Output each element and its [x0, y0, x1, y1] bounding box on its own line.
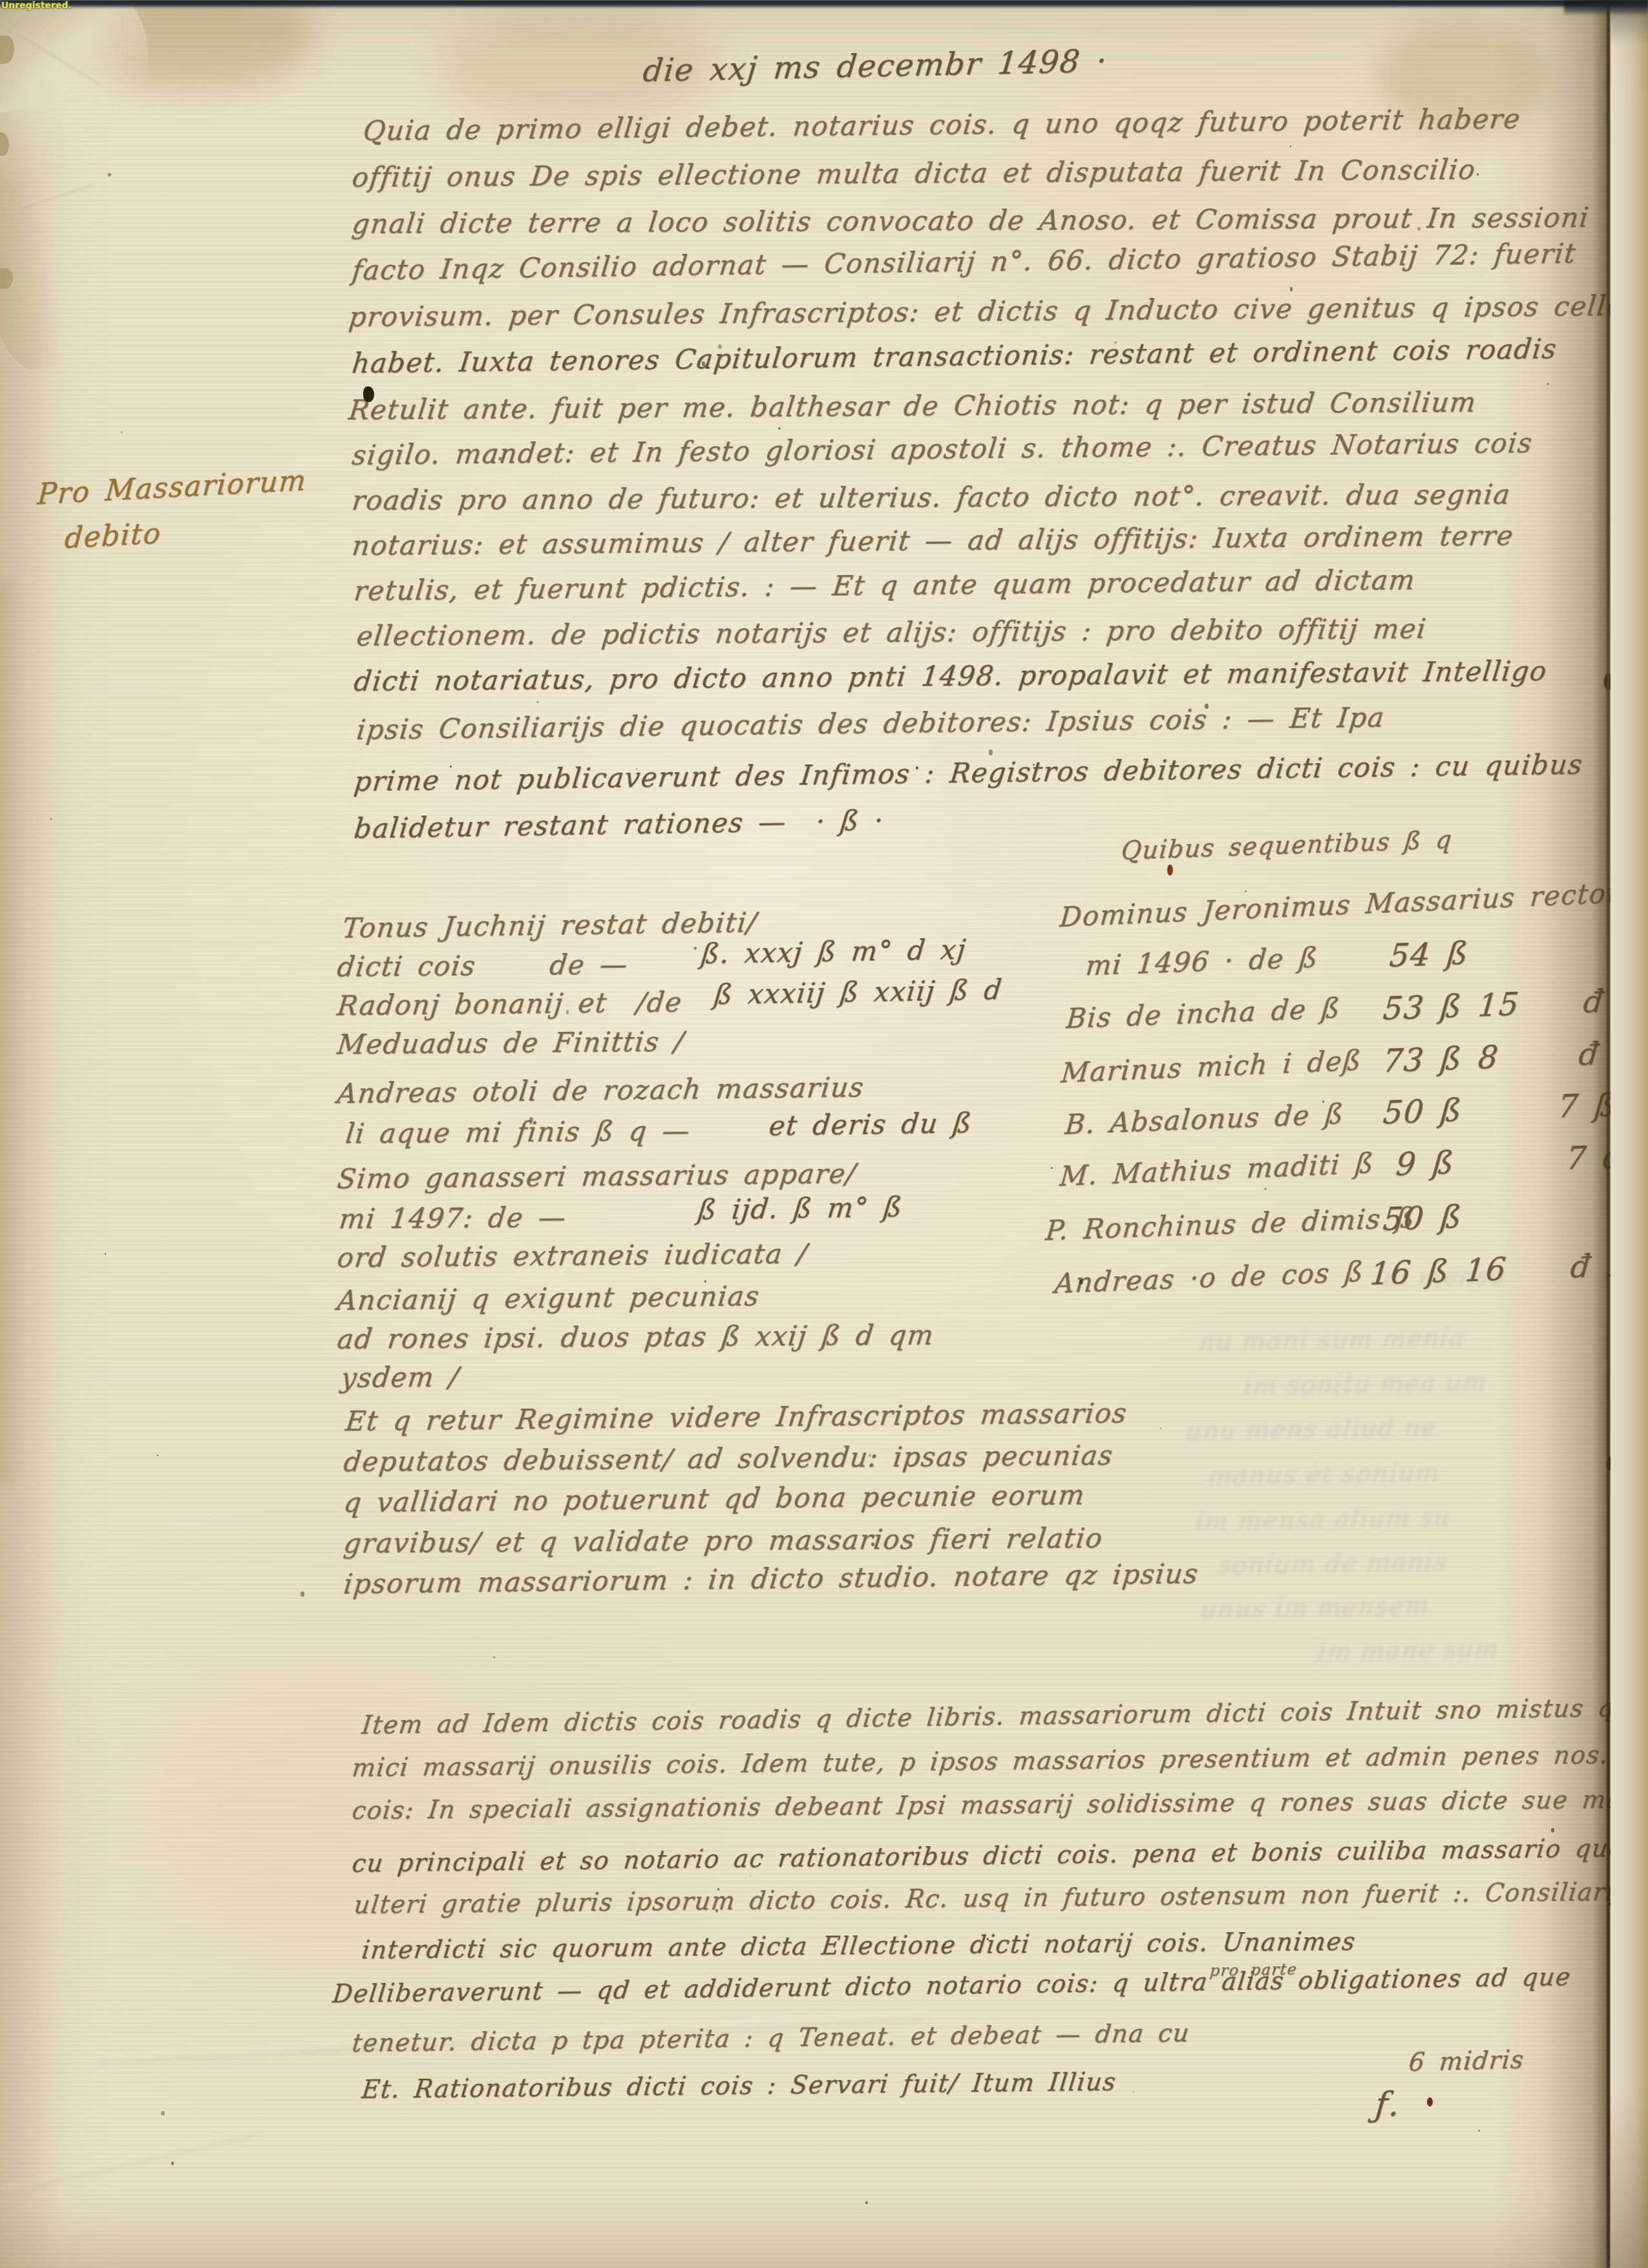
paper-speck [121, 431, 123, 434]
paper-speck [1133, 2092, 1134, 2093]
bottom-paragraph-line: Delliberaverunt — qd et addiderunt dicto… [332, 1962, 1573, 2008]
debtor-right-column-line: Andreas ·o de cos ß [1053, 1256, 1365, 1300]
paper-speck [498, 457, 502, 461]
second-paragraph-line: Et q retur Regimine videre Infrascriptos… [344, 1397, 1129, 1437]
main-paragraph-line: Quia de primo elligi debet. notarius coi… [361, 103, 1522, 147]
scanner-watermark: Unregistered. [1, 1, 72, 11]
paper-speck [536, 701, 539, 703]
paper-speck [865, 675, 867, 677]
paper-speck [865, 2201, 868, 2204]
paper-speck [1079, 1279, 1083, 1285]
show-through-line: sonium de manis [1217, 1548, 1449, 1580]
bottom-paragraph-line: cu principali et so notario ac rationato… [351, 1832, 1648, 1878]
ink-blot [1167, 865, 1173, 876]
paper-speck [1264, 1188, 1267, 1190]
next-page-edge [1611, 0, 1648, 2268]
show-through-line: im mensa alium su [1194, 1504, 1452, 1537]
paper-speck [916, 766, 918, 770]
paper-crease [0, 2130, 256, 2198]
debtor-left-column-line: Radonj bonanij et /de [335, 986, 684, 1022]
debtor-left-column-line: ord solutis extraneis iudicata / [335, 1238, 809, 1274]
debtor-left-column-line: li aque mi finis ß q — [344, 1115, 692, 1150]
second-paragraph-line: q vallidari no potuerunt qd bona pecunie… [342, 1479, 1086, 1518]
paper-speck [1114, 341, 1117, 344]
second-paragraph-line: gravibus/ et q validate pro massarios fi… [342, 1522, 1104, 1559]
debtor-right-column-line: Bis de incha de ß [1065, 992, 1342, 1034]
show-through-line: nu mani sum menia [1198, 1323, 1466, 1356]
debtor-left-column-line: ß xxxiij ß xxiij ß d [712, 974, 1004, 1011]
paper-speck [987, 1938, 989, 1940]
main-paragraph-line: ellectionem. de pdictis notarijs et alij… [355, 613, 1428, 652]
paper-speck [157, 1454, 158, 1456]
main-paragraph-line: dicti notariatus, pro dicto anno pnti 14… [352, 655, 1549, 697]
paper-speck [1477, 173, 1479, 176]
paper-speck [301, 1591, 304, 1597]
paper-speck [1322, 1100, 1324, 1103]
paper-speck [105, 1253, 106, 1255]
gutter-shadow [1493, 0, 1609, 2268]
paper-speck [1478, 2130, 1480, 2132]
main-paragraph-line: prime not publicaverunt des Infimos : Re… [352, 748, 1585, 797]
debtor-left-column-line: ß. xxxj ß m° d xj [699, 934, 967, 970]
paper-speck [526, 682, 528, 684]
main-paragraph-line: sigilo. mandet: et In festo gloriosi apo… [350, 427, 1534, 471]
show-through-line: manus et sonium [1207, 1458, 1441, 1491]
paper-speck [1051, 1167, 1053, 1169]
bottom-paragraph-line: tenetur. dicta p tpa pterita : q Teneat.… [351, 2019, 1192, 2057]
main-paragraph-line: notarius: et assumimus / alter fuerit — … [350, 520, 1516, 562]
paper-stain [71, 0, 317, 90]
paper-speck [750, 1875, 751, 1876]
debtor-right-column-line: Quibus sequentibus ß q [1120, 825, 1453, 865]
paper-speck [778, 427, 781, 430]
fold-ridge [21, 182, 95, 209]
torn-edge [0, 132, 9, 156]
scan-top-edge [1564, 0, 1648, 16]
paper-speck [108, 173, 111, 176]
bottom-paragraph-line: interdicti sic quorum ante dicta Ellecti… [360, 1927, 1357, 1964]
paper-speck [161, 2111, 165, 2116]
paper-speck [869, 1454, 871, 1457]
bottom-paragraph-line: Item ad Idem dictis cois roadis q dicte … [361, 1691, 1648, 1739]
ink-blot [1427, 2097, 1433, 2106]
debtor-right-column-line: M. Mathius maditi ß [1059, 1148, 1375, 1193]
debtor-left-column-line: dicti cois de — [335, 949, 629, 983]
paper-speck [171, 2161, 174, 2165]
main-paragraph-line: Retulit ante. fuit per me. balthesar de … [347, 386, 1478, 426]
paper-speck [718, 344, 722, 349]
debtor-left-column-line: mi 1497: de — [337, 1202, 568, 1235]
main-paragraph-line: provisum. per Consules Infrascriptos: et… [347, 289, 1648, 333]
paper-speck [1245, 890, 1247, 892]
crumpled-corner [0, 104, 101, 374]
debtor-left-column-line: Meduadus de Finittis / [335, 1025, 686, 1060]
paper-speck [50, 818, 52, 820]
debtor-right-column-line: P. Ronchinus de dimis ß [1044, 1202, 1417, 1246]
paper-speck [1205, 704, 1209, 709]
debtor-right-column-line: mi 1496 · de ß [1084, 941, 1320, 982]
debtor-left-column-line: ß ijd. ß m° ß [696, 1192, 904, 1226]
main-paragraph-line: balidetur restant rationes — · ß · [352, 804, 885, 845]
manuscript-page-scan: nu mani sum meniaim sonitu mea umunu men… [0, 0, 1648, 2268]
main-paragraph-line: facto Inqz Consilio adornat — Consiliari… [350, 238, 1578, 287]
fold-ridge [19, 33, 103, 87]
debtor-left-column-line: ad rones ipsi. duos ptas ß xxij ß d qm [335, 1319, 936, 1355]
paper-speck [450, 766, 452, 768]
crumpled-corner [0, 0, 167, 206]
paper-speck [702, 361, 705, 366]
debtor-left-column-line: Andreas otoli de rozach massarius [335, 1071, 865, 1109]
paper-crease [0, 582, 32, 1486]
show-through-line: im sonitu mea um [1243, 1368, 1489, 1401]
margin-note-line1: Pro Massariorum [36, 464, 308, 511]
debtor-left-column-line: ysdem / [339, 1361, 461, 1394]
paper-speck [1160, 1427, 1161, 1429]
debtor-right-column-line: Marinus mich i deß [1060, 1044, 1363, 1089]
show-through-line: im mane sum [1317, 1635, 1501, 1666]
date-heading: die xxj ms decembr 1498 · [641, 43, 1109, 89]
paper-speck [1290, 145, 1291, 147]
bottom-paragraph-line: ƒ. [1373, 2085, 1402, 2125]
torn-edge [0, 36, 14, 64]
main-paragraph-line: roadis pro anno de futuro: et ulterius. … [350, 479, 1512, 516]
bottom-paragraph-line: cois: In speciali assignationis debeant … [350, 1785, 1648, 1825]
debtor-left-column-line: Tonus Juchnij restat debiti/ [341, 907, 759, 944]
debtor-left-column-line: Simo ganasseri massarius appare/ [335, 1158, 858, 1195]
second-paragraph-line: ipsorum massariorum : in dicto studio. n… [342, 1558, 1200, 1600]
paper-speck [529, 1117, 533, 1122]
bottom-paragraph-line: mici massarij onusilis cois. Idem tute, … [351, 1739, 1648, 1782]
debtor-right-column-line: B. Absalonus de ß [1064, 1098, 1346, 1140]
paper-speck [694, 947, 697, 950]
main-paragraph-line: gnali dicte terre a loco solitis convoca… [350, 202, 1591, 240]
main-paragraph-line: ipsis Consiliarijs die quocatis des debi… [355, 702, 1386, 746]
paper-speck [1033, 764, 1035, 766]
bottom-paragraph-line: ulteri gratie pluris ipsorum dicto cois.… [353, 1877, 1625, 1919]
margin-note-line2: debito [63, 517, 162, 555]
show-through-line: unu mens aliud ne [1185, 1413, 1439, 1446]
second-paragraph-line: deputatos debuissent/ ad solvendu: ipsas… [342, 1440, 1115, 1478]
show-through-line: unus im mensem [1199, 1591, 1431, 1624]
paper-speck [493, 1656, 495, 1659]
paper-speck [989, 750, 993, 755]
debtor-left-column-line: Ancianij q exigunt pecunias [335, 1280, 761, 1316]
debtor-left-column-line: et deris du ß [767, 1108, 973, 1142]
torn-edge [0, 268, 13, 289]
main-paragraph-line: offitij onus De spis ellectione multa di… [350, 154, 1477, 193]
scan-top-edge [0, 0, 1648, 9]
main-paragraph-line: retulis, et fuerunt pdictis. : — Et q an… [352, 564, 1417, 607]
paper-speck [1290, 287, 1293, 291]
main-paragraph-line: habet. Iuxta tenores Capitulorum transac… [350, 333, 1558, 379]
bottom-paragraph-line: Et. Rationatoribus dicti cois : Servari … [361, 2068, 1118, 2104]
